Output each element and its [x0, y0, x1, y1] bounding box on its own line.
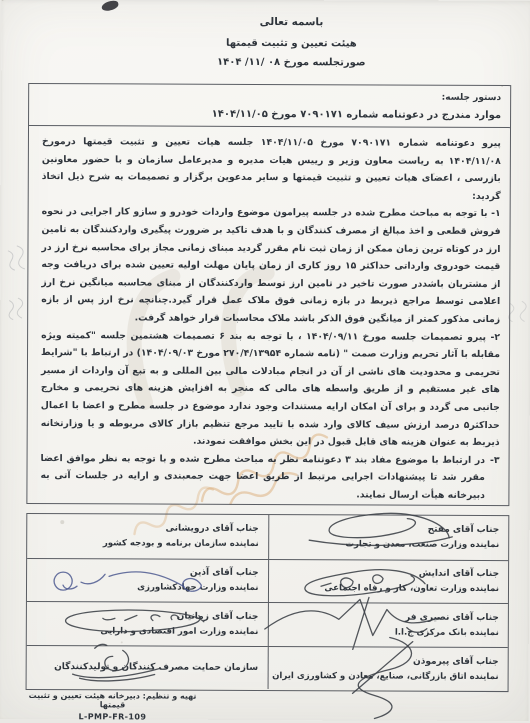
prepared-by-line: تهیه و تنظیم: دبیرخانه هیئت تعیین و تثبی…: [28, 691, 196, 710]
item-text: پیرو تصمیمات جلسه مورخ ۱۴۰۴/۰۹/۱۱ ، با ت…: [41, 330, 500, 449]
signatory-name: سازمان حمایت مصرف کنندگان و تولیدکنندگان: [27, 660, 259, 676]
meeting-date-line: صورتجلسه مورخ ۰۸ /۱۱/ ۱۴۰۴: [61, 56, 521, 69]
scan-speckles: [2, 0, 4, 1]
item-text: با توجه به مباحث مطرح شده در جلسه پیرامو…: [41, 206, 500, 325]
agenda-subject: موارد مندرج در دعوتنامه شماره ۷۰۹۰۱۷۱ مو…: [38, 108, 501, 121]
signature-cell-darvishani: جناب آقای درویشانی نماینده سازمان برنامه…: [27, 514, 268, 559]
agenda-label: دستور جلسه:: [38, 91, 501, 103]
signature-cell-support-org: سازمان حمایت مصرف کنندگان و تولیدکنندگان: [27, 645, 268, 690]
decision-item-1: ۱- با توجه به مباحث مطرح شده در جلسه پیر…: [41, 203, 501, 328]
signature-cell-pirmoazen: جناب آقای پیرموذن نماینده اتاق بازرگانی،…: [267, 646, 508, 691]
item-number: ۱-: [491, 208, 501, 219]
item-number: ۳-: [490, 452, 500, 505]
signature-cell-zamanian: جناب آقای زمانیان نماینده وزارت امور اقت…: [27, 601, 268, 646]
signature-cell-nasirifar: جناب آقای نصیری فر نماینده بانک مرکزی ج.…: [267, 602, 508, 647]
signatory-name: جناب آقای اندایش: [269, 566, 500, 582]
signatory-name: جناب آقای زمانیان: [27, 609, 259, 625]
signatory-name: جناب آقای درویشانی: [27, 521, 259, 537]
minutes-body: پیرو دعوتنامه شماره ۷۰۹۰۱۷۱ مورخ ۱۴۰۴/۱۱…: [27, 126, 510, 505]
bismillah-line: باسمه تعالی: [61, 15, 521, 29]
item-number: ۲-: [491, 332, 501, 343]
signatory-role: نماینده وزارت صنعت، معدن و تجارت: [269, 537, 500, 552]
signatory-name: جناب آقای نصیری فر: [268, 610, 499, 626]
scan-artifact-blot: [101, 0, 119, 12]
signatory-role: نماینده سازمان برنامه و بودجه کشور: [27, 536, 259, 551]
decision-item-3: ۳-در ارتباط با موضوع مفاد بند ۳ دعوتنامه…: [40, 450, 499, 505]
form-code: L-PMP-FR-109: [28, 712, 196, 720]
signature-table: جناب آقای مفتح نماینده وزارت صنعت، معدن …: [26, 513, 510, 692]
signatory-name: جناب آقای پیرموذن: [268, 654, 499, 670]
agenda-section: دستور جلسه: موارد مندرج در دعوتنامه شمار…: [29, 84, 510, 128]
signature-cell-mofatteh: جناب آقای مفتح نماینده وزارت صنعت، معدن …: [268, 515, 509, 560]
margin-note-scribble: [2, 295, 28, 324]
signature-cell-azin: جناب آقای آذین نماینده وزارت جهادکشاورزی: [27, 558, 268, 603]
intro-paragraph: پیرو دعوتنامه شماره ۷۰۹۰۱۷۱ مورخ ۱۴۰۴/۱۱…: [42, 133, 501, 205]
scanned-document: باسمه تعالی هیئت تعیین و تثبیت قیمتها صو…: [0, 0, 530, 720]
document-footer: تهیه و تنظیم: دبیرخانه هیئت تعیین و تثبی…: [28, 691, 196, 720]
item-text: در ارتباط با موضوع مفاد بند ۳ دعوتنامه ن…: [40, 450, 485, 505]
signatory-role: نماینده اتاق بازرگانی، صنایع، معادن و کش…: [268, 669, 499, 684]
document-header: باسمه تعالی هیئت تعیین و تثبیت قیمتها صو…: [61, 15, 521, 69]
signatory-role: نماینده بانک مرکزی ج.ا.ا: [268, 625, 499, 640]
signatory-role: نماینده وزارت تعاون، کار و رفاه اجتماعی: [268, 581, 499, 596]
decision-item-2: ۲- پیرو تصمیمات جلسه مورخ ۱۴۰۴/۰۹/۱۱ ، ب…: [41, 327, 501, 452]
signatory-role: نماینده وزارت جهادکشاورزی: [27, 580, 259, 595]
board-title: هیئت تعیین و تثبیت قیمتها: [61, 37, 521, 50]
signatory-name: جناب آقای مفتح: [269, 522, 500, 538]
minutes-box: دستور جلسه: موارد مندرج در دعوتنامه شمار…: [26, 83, 511, 506]
signatory-name: جناب آقای آذین: [27, 565, 259, 581]
signatory-role: نماینده وزارت امور اقتصادی و دارایی: [27, 624, 259, 639]
signature-cell-andayesh: جناب آقای اندایش نماینده وزارت تعاون، کا…: [267, 559, 508, 604]
